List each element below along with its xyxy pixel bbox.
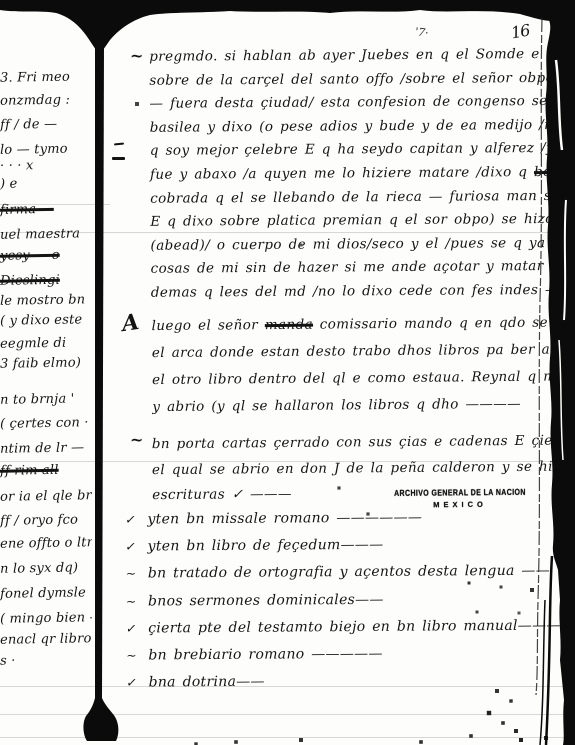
margin-text-fragment: fonel dymsle [0,585,92,602]
manuscript-text-line: el arca donde estan desto trabo dhos lib… [152,336,575,367]
inventory-list: ✓yten bn missale romano —————— ✓yten bn … [151,504,561,697]
margin-text-fragment: ) e [0,175,92,192]
facing-page-edge: 3. Fri meo onzmdag : ff / de — lo — tymo… [0,0,94,745]
item-check-mark-icon: ✓ [123,506,151,533]
item-check-mark-icon: ✓ [123,615,151,642]
manuscript-text-line: pregmdo. si hablan ab ayer Juebes en q e… [149,42,575,69]
margin-text-fragment: yesy — o [0,247,92,264]
margin-text-fragment: ene offto o ltn — [0,535,92,552]
paragraph-block-1: pregmdo. si hablan ab ayer Juebes en q e… [149,42,575,305]
margin-text-fragment: ( mingo bien — [0,610,92,627]
margin-fragment-text: yesy — o [0,248,60,264]
margin-fragment-text: ) e [0,176,18,191]
margin-text-fragment: uel maestra [0,226,92,243]
margin-text-fragment: s · [0,652,92,669]
inventory-item-text: yten bn missale romano —————— [147,510,422,528]
manuscript-text-line: E q dixo sobre platica premian q el sor … [150,207,575,234]
archive-stamp-line1: ARCHIVO GENERAL DE LA NACION [393,487,527,499]
manuscript-text-line: y abrio (y ql se hallaron los libros q d… [152,390,575,421]
margin-fragment-text: enacl qr libro · [0,631,92,648]
margin-fragment-text: · · · x [0,158,34,174]
margin-fragment-text: ntim de lr — [0,440,84,456]
margin-fragment-text: Dieslingi [0,273,60,289]
margin-fragment-text: 3 faib elmo) [0,355,81,371]
gutter-dash-mark [112,157,125,160]
margin-text-fragment: or ia el qle bro [0,488,92,505]
inventory-item-text: yten bn libro de feçedum——— [148,537,384,555]
margin-fragment-text: ( y dixo este [0,312,82,328]
manuscript-text-line: bn porta cartas çerrado con sus çias e c… [152,428,575,458]
margin-fragment-text: ( çertes con · [0,415,89,432]
margin-text-fragment: ff rim all [0,462,92,479]
inventory-item-line: ~bn brebiario romano ————— [152,640,561,670]
item-check-mark-icon: ✓ [124,670,152,697]
archive-stamp-line2: MEXICO [393,499,527,510]
margin-text-fragment: ff / de — [0,116,92,133]
inventory-item-text: çierta pte del testamto biejo en bn libr… [148,617,561,636]
margin-text-fragment: le mostro bn [0,292,92,309]
margin-text-fragment: 3 faib elmo) [0,355,92,372]
item-check-mark-icon: ~ [123,561,151,588]
margin-text-fragment: lo — tymo [0,141,92,158]
manuscript-text-line: fue y abaxo /a quyen me lo hiziere matar… [150,160,575,187]
margin-fragment-text: firma — [0,202,54,218]
inventory-item-text: bna dotrina—— [149,674,265,691]
margin-text-fragment: · · · x [0,157,92,174]
margin-fragment-text: n to brnja ' [0,392,75,408]
margin-text-fragment: n lo syx dq) [0,560,92,577]
inventory-item-line: ✓çierta pte del testamto biejo en bn lib… [152,612,561,642]
manuscript-text-line: demas q lees del md /no lo dixo cede con… [151,278,575,305]
manuscript-text-line: — fuera desta çiudad/ esta confesion de … [149,89,575,116]
inventory-item-text: bnos sermones dominicales—— [148,591,384,609]
corner-ink-mark: '7· [414,25,429,40]
ink-specks [0,0,2,2]
item-check-mark-icon: ✓ [123,534,151,561]
margin-fragment-text: uel maestra [0,226,80,242]
inventory-item-line: ~bnos sermones dominicales—— [152,585,561,615]
margin-text-fragment: ( y dixo este [0,312,92,329]
manuscript-text-line: q soy mejor çelebre E q ha seydo capitan… [150,137,575,164]
margin-fragment-text: 3. Fri meo [0,70,70,86]
margin-text-fragment: Dieslingi [0,272,92,289]
manuscript-page-scan: 3. Fri meo onzmdag : ff / de — lo — tymo… [0,0,575,745]
item-check-mark-icon: ~ [123,588,151,615]
paragraph-mark-icon: A [120,309,141,337]
margin-text-fragment: n to brnja ' [0,391,92,408]
manuscript-text-line: basilea y dixo (o pese adios y bude y de… [150,113,575,140]
margin-fragment-text: eegmle di [0,336,66,352]
margin-text-fragment: enacl qr libro · [0,631,92,648]
margin-text-fragment: ( çertes con · [0,415,92,432]
inventory-item-line: ~bn tratado de ortografia y açentos dest… [152,558,561,588]
margin-text-fragment: ntim de lr — [0,440,92,457]
manuscript-text-line: el qual se abrio en don J de la peña cal… [152,453,575,483]
margin-fragment-text: ( mingo bien — [0,610,92,627]
margin-text-fragment: eegmle di [0,335,92,352]
paragraph-mark-icon: ~ [130,46,143,65]
inventory-item-text: bn brebiario romano ————— [148,646,382,664]
margin-fragment-text: le mostro bn [0,292,85,308]
gutter-dash-mark [114,142,124,145]
margin-text-fragment: onzmdag : [0,92,92,109]
margin-fragment-text: ff / oryo fco [0,512,78,528]
margin-text-fragment: 3. Fri meo [0,69,92,86]
manuscript-text-line: luego el señor manda comissario mando q … [152,309,575,340]
paragraph-block-2: luego el señor manda comissario mando q … [152,309,575,421]
margin-text-fragment: ff / oryo fco [0,512,92,529]
margin-fragment-text: onzmdag : [0,93,70,109]
manuscript-text-line: (abead)/ o cuerpo de mi dios/seco y el /… [150,231,575,258]
margin-fragment-text: or ia el qle bro [0,488,92,505]
inventory-item-line: ✓bna dotrina—— [152,667,561,697]
margin-fragment-text: ff rim all [0,463,59,479]
manuscript-text-line: cosas de mi sin de hazer si me ande açot… [151,255,575,282]
margin-fragment-text: fonel dymsle [0,585,86,601]
manuscript-text-line: sobre de la carçel del santo offo /sobre… [149,66,575,93]
manuscript-text-line: el otro libro dentro del ql e como estau… [152,363,575,394]
archive-stamp: ARCHIVO GENERAL DE LA NACION MEXICO [393,488,527,510]
inventory-item-text: bn tratado de ortografia y açentos desta… [148,563,550,582]
margin-fragment-text: lo — tymo [0,142,68,158]
margin-fragment-text: ene offto o ltn — [0,535,92,552]
folio-number: 16 [509,21,530,43]
margin-fragment-text: n lo syx dq) [0,560,78,576]
item-check-mark-icon: ~ [124,642,152,669]
margin-fragment-text: s · [0,654,16,669]
margin-text-fragment: firma — [0,201,92,218]
manuscript-text-line: cobrada q el se llebando de la rieca — f… [150,184,575,211]
margin-fragment-text: ff / de — [0,117,57,133]
paragraph-mark-icon: ~ [130,430,143,449]
inventory-item-line: ✓yten bn libro de feçedum——— [152,531,561,561]
